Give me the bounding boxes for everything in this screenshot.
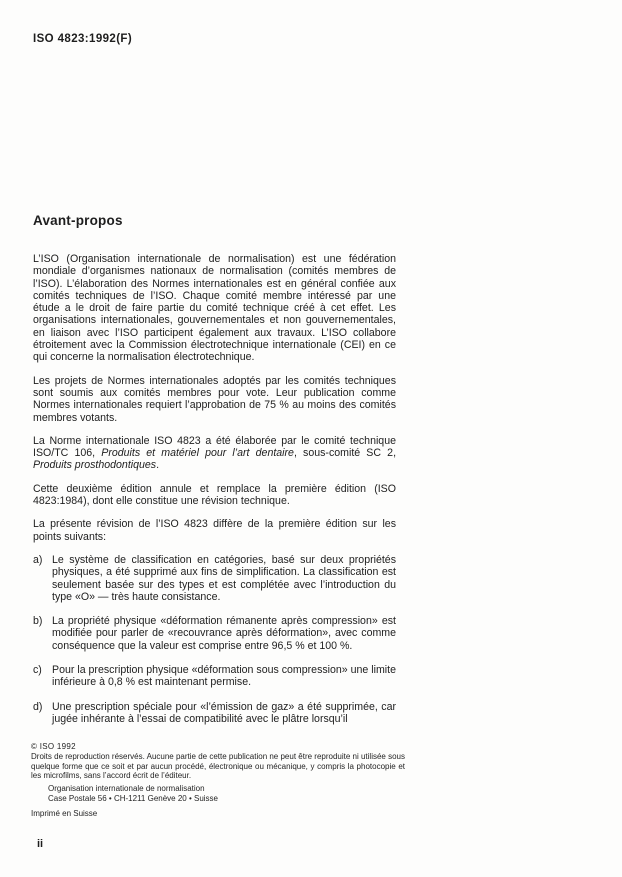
section-title: Avant-propos bbox=[33, 213, 396, 228]
copyright-line: © ISO 1992 bbox=[31, 742, 405, 751]
committee-text-end: . bbox=[156, 459, 159, 471]
foreword-paragraph-4: Cette deuxième édition annule et remplac… bbox=[33, 483, 396, 508]
list-item: d) Une prescription spéciale pour «l’émi… bbox=[33, 701, 396, 726]
list-item-text: Pour la prescription physique «déformati… bbox=[52, 664, 396, 689]
publisher-name: Organisation internationale de normalisa… bbox=[48, 784, 405, 794]
list-item-label: d) bbox=[33, 701, 52, 726]
revision-points-list: a) Le système de classification en catég… bbox=[33, 554, 396, 725]
foreword-paragraph-1: L’ISO (Organisation internationale de no… bbox=[33, 253, 396, 364]
committee-text-mid: , sous-comité SC 2, bbox=[294, 447, 396, 459]
rights-notice: Droits de reproduction réservés. Aucune … bbox=[31, 752, 405, 780]
list-item-label: c) bbox=[33, 664, 52, 689]
foreword-paragraph-3: La Norme internationale ISO 4823 a été é… bbox=[33, 435, 396, 472]
subcommittee-title-italic: Produits prosthodontiques bbox=[33, 459, 156, 471]
copyright-footer: © ISO 1992 Droits de reproduction réserv… bbox=[31, 742, 405, 818]
list-item: a) Le système de classification en catég… bbox=[33, 554, 396, 603]
printed-in-line: Imprimé en Suisse bbox=[31, 809, 405, 818]
list-item-text: La propriété physique «déformation réman… bbox=[52, 615, 396, 652]
list-item: c) Pour la prescription physique «déform… bbox=[33, 664, 396, 689]
list-item-label: a) bbox=[33, 554, 52, 603]
foreword-paragraph-2: Les projets de Normes internationales ad… bbox=[33, 375, 396, 424]
page-number: ii bbox=[37, 838, 43, 850]
publisher-address: Organisation internationale de normalisa… bbox=[48, 784, 405, 804]
list-item: b) La propriété physique «déformation ré… bbox=[33, 615, 396, 652]
list-item-text: Une prescription spéciale pour «l’émissi… bbox=[52, 701, 396, 726]
list-item-label: b) bbox=[33, 615, 52, 652]
document-page: ISO 4823:1992(F) Avant-propos L’ISO (Org… bbox=[0, 0, 622, 877]
foreword-section: Avant-propos L’ISO (Organisation interna… bbox=[33, 213, 396, 737]
foreword-paragraph-5: La présente révision de l’ISO 4823 diffè… bbox=[33, 518, 396, 543]
list-item-text: Le système de classification en catégori… bbox=[52, 554, 396, 603]
committee-title-italic: Produits et matériel pour l’art dentaire bbox=[101, 447, 294, 459]
document-reference: ISO 4823:1992(F) bbox=[33, 33, 132, 45]
publisher-address-line: Case Postale 56 • CH-1211 Genève 20 • Su… bbox=[48, 794, 405, 804]
